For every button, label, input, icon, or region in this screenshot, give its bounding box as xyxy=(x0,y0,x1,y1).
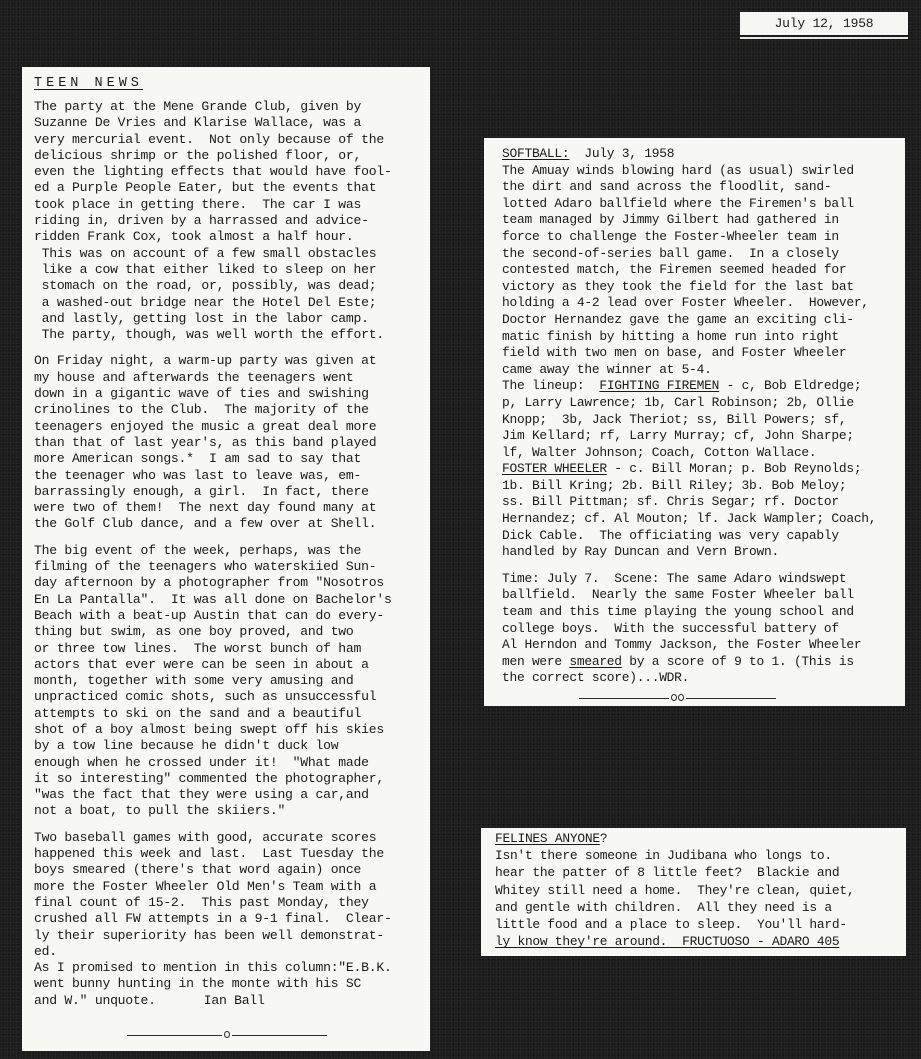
text-line: unpracticed comic shots, such as unsucce… xyxy=(34,689,422,705)
softball-clipping: SOFTBALL: July 3, 1958 The Amuay winds b… xyxy=(484,138,905,706)
text-line: The party, though, was well worth the ef… xyxy=(34,327,422,343)
text-line: lotted Adaro ballfield where the Firemen… xyxy=(502,196,899,213)
softball-score-line: men were smeared by a score of 9 to 1. (… xyxy=(502,654,899,671)
text-line: "was the fact that they were using a car… xyxy=(34,787,422,803)
text-line: Time: July 7. Scene: The same Adaro wind… xyxy=(502,571,899,588)
text-line: field with two men on base, and Foster W… xyxy=(502,345,899,362)
text-line: day afternoon by a photographer from "No… xyxy=(34,575,422,591)
text-line: ss. Bill Pittman; sf. Chris Segar; rf. D… xyxy=(502,494,899,511)
text-line: team and this time playing the young sch… xyxy=(502,604,899,621)
teen-news-title: TEEN NEWS xyxy=(34,75,422,93)
text-line: boys smeared (there's that word again) o… xyxy=(34,862,422,878)
text-line: and W." unquote.Ian Ball xyxy=(34,993,422,1009)
text-line: Jim Kellard; rf, Larry Murray; cf, John … xyxy=(502,428,899,445)
text-line: happened this week and last. Last Tuesda… xyxy=(34,846,422,862)
text-line: delicious shrimp or the polished floor, … xyxy=(34,148,422,164)
text-line: contested match, the Firemen seemed head… xyxy=(502,262,899,279)
text-line: riding in, driven by a harrassed and adv… xyxy=(34,213,422,229)
text-line: Knopp; 3b, Jack Theriot; ss, Bill Powers… xyxy=(502,412,899,429)
softball-paragraph-1: The Amuay winds blowing hard (as usual) … xyxy=(502,163,899,379)
softball-signoff: the correct score)...WDR. xyxy=(502,670,899,687)
text-line: the second-of-series ball game. In a clo… xyxy=(502,246,899,263)
text-line: Al Herndon and Tommy Jackson, the Foster… xyxy=(502,637,899,654)
felines-contact-line: ly know they're around. FRUCTUOSO - ADAR… xyxy=(495,933,900,950)
text-line: p, Larry Lawrence; 1b, Carl Robinson; 2b… xyxy=(502,395,899,412)
text-line: ed. xyxy=(34,944,422,960)
text-line: went bunny hunting in the monte with his… xyxy=(34,976,422,992)
felines-heading: FELINES ANYONE? xyxy=(495,830,900,847)
text-line: 1b. Bill Kring; 2b. Bill Riley; 3b. Bob … xyxy=(502,478,899,495)
softball-heading: SOFTBALL: July 3, 1958 xyxy=(502,146,899,163)
text-line: The Amuay winds blowing hard (as usual) … xyxy=(502,163,899,180)
text-line: matic finish by hitting a home run into … xyxy=(502,329,899,346)
teen-news-paragraph-2: On Friday night, a warm-up party was giv… xyxy=(34,353,422,532)
text-line: actors that ever were can be seen in abo… xyxy=(34,657,422,673)
lineup-firemen-heading: The lineup: FIGHTING FIREMEN - c, Bob El… xyxy=(502,378,899,395)
text-line: and gentle with children. All they need … xyxy=(495,899,900,916)
text-line: force to challenge the Foster-Wheeler te… xyxy=(502,229,899,246)
text-line: little food and a place to sleep. You'll… xyxy=(495,916,900,933)
text-line: the dirt and sand across the floodlit, s… xyxy=(502,179,899,196)
text-line: Whitey still need a home. They're clean,… xyxy=(495,882,900,899)
text-line: than that of last year's, as this band p… xyxy=(34,435,422,451)
firemen-lineup: p, Larry Lawrence; 1b, Carl Robinson; 2b… xyxy=(502,395,899,461)
text-line: teenagers enjoyed the music a great deal… xyxy=(34,419,422,435)
text-line: team managed by Jimmy Gilbert had gather… xyxy=(502,212,899,229)
foster-team-label: FOSTER WHEELER xyxy=(502,461,607,476)
text-line: shot of a boy almost being swept off his… xyxy=(34,722,422,738)
text-line: handled by Ray Duncan and Vern Brown. xyxy=(502,544,899,561)
felines-body: Isn't there someone in Judibana who long… xyxy=(495,847,900,933)
text-line: came away the winner at 5-4. xyxy=(502,362,899,379)
text-line: filming of the teenagers who waterskiied… xyxy=(34,559,422,575)
text-line: by a tow line because he didn't duck low xyxy=(34,738,422,754)
text-line: Hernandez; cf. Al Mouton; lf. Jack Wampl… xyxy=(502,511,899,528)
text-line: the teenager who was last to leave was, … xyxy=(34,468,422,484)
text-line: were two of them! The next day found man… xyxy=(34,500,422,516)
text-line: ed a Purple People Eater, but the events… xyxy=(34,180,422,196)
section-divider xyxy=(22,1031,430,1039)
text-line: Isn't there someone in Judibana who long… xyxy=(495,847,900,864)
text-line: barrassingly enough, a girl. In fact, th… xyxy=(34,484,422,500)
foster-lineup: 1b. Bill Kring; 2b. Bill Riley; 3b. Bob … xyxy=(502,478,899,561)
text-line: En La Pantalla". It was all done on Bach… xyxy=(34,592,422,608)
text-line: it so interesting" commented the photogr… xyxy=(34,771,422,787)
text-line: thing but swim, as one boy proved, and t… xyxy=(34,624,422,640)
text-line: The party at the Mene Grande Club, given… xyxy=(34,99,422,115)
text-line: This was on account of a few small obsta… xyxy=(34,246,422,262)
text-line: Doctor Hernandez gave the game an exciti… xyxy=(502,312,899,329)
text-line: enough when he crossed under it! "What m… xyxy=(34,755,422,771)
text-line: Two baseball games with good, accurate s… xyxy=(34,830,422,846)
text-line: ly their superiority has been well demon… xyxy=(34,928,422,944)
text-line: crinolines to the Club. The majority of … xyxy=(34,402,422,418)
text-line: ballfield. Nearly the same Foster Wheele… xyxy=(502,587,899,604)
text-line: stomach on the road, or, possibly, was d… xyxy=(34,278,422,294)
text-line: even the lighting effects that would hav… xyxy=(34,164,422,180)
text-line: or three tow lines. The worst bunch of h… xyxy=(34,641,422,657)
text-line: attempts to ski on the sand and a beauti… xyxy=(34,706,422,722)
text-line: holding a 4-2 lead over Foster Wheeler. … xyxy=(502,295,899,312)
date-label: July 12, 1958 xyxy=(740,12,908,35)
text-line: down in a gigantic wave of ties and swis… xyxy=(34,386,422,402)
date-underline xyxy=(740,37,908,39)
teen-news-paragraph-1: The party at the Mene Grande Club, given… xyxy=(34,99,422,343)
text-line: more American songs.* I am sad to say th… xyxy=(34,451,422,467)
text-line: the Golf Club dance, and a few over at S… xyxy=(34,516,422,532)
teen-news-clipping: TEEN NEWS The party at the Mene Grande C… xyxy=(22,67,430,1051)
text-line: Dick Cable. The officiating was very cap… xyxy=(502,528,899,545)
text-line: The big event of the week, perhaps, was … xyxy=(34,543,422,559)
text-line: final count of 15-2. This past Monday, t… xyxy=(34,895,422,911)
text-line: ridden Frank Cox, took almost a half hou… xyxy=(34,229,422,245)
text-line: college boys. With the successful batter… xyxy=(502,621,899,638)
felines-clipping: FELINES ANYONE? Isn't there someone in J… xyxy=(481,828,906,956)
text-line: very mercurial event. Not only because o… xyxy=(34,132,422,148)
text-line: my house and afterwards the teenagers we… xyxy=(34,370,422,386)
text-line: Beach with a beat-up Austin that can do … xyxy=(34,608,422,624)
text-line: like a cow that either liked to sleep on… xyxy=(34,262,422,278)
text-line: lf, Walter Johnson; Coach, Cotton Wallac… xyxy=(502,445,899,462)
section-divider xyxy=(484,694,905,702)
teen-news-paragraph-3: The big event of the week, perhaps, was … xyxy=(34,543,422,820)
softball-paragraph-2: Time: July 7. Scene: The same Adaro wind… xyxy=(502,571,899,654)
text-line: took place in getting there. The car I w… xyxy=(34,197,422,213)
author-signature: Ian Ball xyxy=(204,993,265,1009)
text-line: more the Foster Wheeler Old Men's Team w… xyxy=(34,879,422,895)
text-line: victory as they took the field for the l… xyxy=(502,279,899,296)
text-line: hear the patter of 8 little feet? Blacki… xyxy=(495,864,900,881)
firemen-team-label: FIGHTING FIREMEN xyxy=(599,378,719,393)
text-line: On Friday night, a warm-up party was giv… xyxy=(34,353,422,369)
text-line: Suzanne De Vries and Klarise Wallace, wa… xyxy=(34,115,422,131)
text-line: crushed all FW attempts in a 9-1 final. … xyxy=(34,911,422,927)
lineup-foster-heading: FOSTER WHEELER - c. Bill Moran; p. Bob R… xyxy=(502,461,899,478)
text-line: a washed-out bridge near the Hotel Del E… xyxy=(34,295,422,311)
text-line: not a boat, to pull the skiiers." xyxy=(34,803,422,819)
text-line: As I promised to mention in this column:… xyxy=(34,960,422,976)
text-line: and lastly, getting lost in the labor ca… xyxy=(34,311,422,327)
text-line: month, together with some very amusing a… xyxy=(34,673,422,689)
teen-news-paragraph-4: Two baseball games with good, accurate s… xyxy=(34,830,422,1009)
